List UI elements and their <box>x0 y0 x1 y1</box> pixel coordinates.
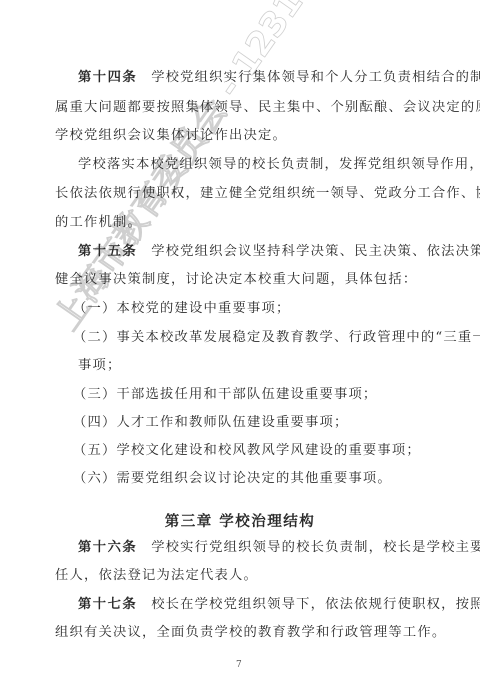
list-item-2-cont: 事项； <box>78 358 122 374</box>
article-15-line-1: 第十五条学校党组织会议坚持科学决策、民主决策、依法决策，建立 <box>78 244 480 260</box>
list-item-3: （三）干部选拔任用和干部队伍建设重要事项； <box>73 387 377 403</box>
document-page: 上海市教育委员会 - 12310000425031208 - 20231213 … <box>0 0 480 679</box>
article-label: 第十七条 <box>78 597 137 612</box>
article-14-line-3: 学校党组织会议集体讨论作出决定。 <box>55 128 287 144</box>
list-item-1: （一）本校党的建设中重要事项； <box>73 301 290 317</box>
article-14-line-2: 属重大问题都要按照集体领导、民主集中、个别酝酿、会议决定的原则，由 <box>55 100 480 116</box>
list-item-5: （五）学校文化建设和校风教风学风建设的重要事项； <box>73 443 421 459</box>
article-label: 第十六条 <box>78 540 137 555</box>
para-line-1: 学校落实本校党组织领导的校长负责制，发挥党组织领导作用，保证校 <box>78 157 480 173</box>
text: 校长在学校党组织领导下，依法依规行使职权，按照学校党 <box>151 597 480 612</box>
article-16-line-2: 任人，依法登记为法定代表人。 <box>55 568 258 584</box>
para-line-3: 的工作机制。 <box>55 215 142 231</box>
list-item-6: （六）需要党组织会议讨论决定的其他重要事项。 <box>73 471 392 487</box>
list-item-2: （二）事关本校改革发展稳定及教育教学、行政管理中的“三重一大” <box>73 330 480 346</box>
list-item-4: （四）人才工作和教师队伍建设重要事项； <box>73 415 348 431</box>
text: 学校党组织实行集体领导和个人分工负责相结合的制度。凡 <box>151 70 480 85</box>
article-15-line-2: 健全议事决策制度，讨论决定本校重大问题，具体包括： <box>55 272 417 288</box>
chapter-title: 第三章 学校治理结构 <box>0 510 480 531</box>
text: 学校实行党组织领导的校长负责制，校长是学校主要行政责 <box>151 540 480 555</box>
para-line-2: 长依法依规行使职权，建立健全党组织统一领导、党政分工合作、协调运行 <box>55 186 480 202</box>
article-17-line-1: 第十七条校长在学校党组织领导下，依法依规行使职权，按照学校党 <box>78 597 480 613</box>
page-number: 7 <box>236 660 242 670</box>
article-16-line-1: 第十六条学校实行党组织领导的校长负责制，校长是学校主要行政责 <box>78 540 480 556</box>
article-label: 第十五条 <box>78 244 137 259</box>
article-label: 第十四条 <box>78 70 137 85</box>
article-14-line-1: 第十四条学校党组织实行集体领导和个人分工负责相结合的制度。凡 <box>78 70 480 86</box>
article-17-line-2: 组织有关决议，全面负责学校的教育教学和行政管理等工作。 <box>55 625 446 641</box>
text: 学校党组织会议坚持科学决策、民主决策、依法决策，建立 <box>151 244 480 259</box>
